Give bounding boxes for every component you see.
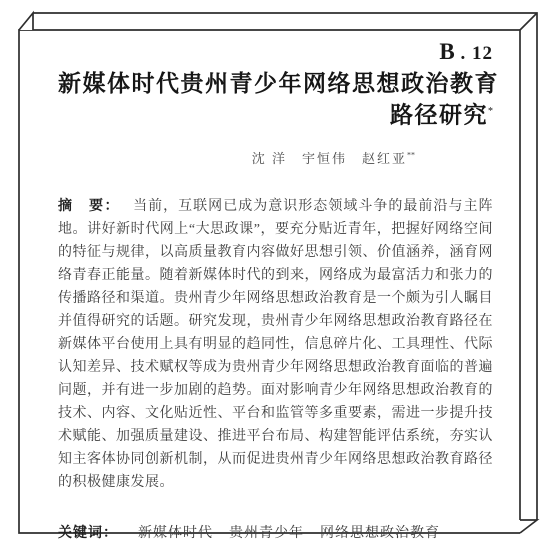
abstract-text: 当前，互联网已成为意识形态领域斗争的最前沿与主阵地。讲好新时代网上“大思政课”，… [58,199,493,490]
author-names: 沈 洋 宇恒伟 赵红亚 [252,151,407,166]
authors-line: 沈 洋 宇恒伟 赵红亚** [58,148,493,167]
scanned-report-page: B . 12 新媒体时代贵州青少年网络思想政治教育 路径研究* 沈 洋 宇恒伟 … [0,0,553,551]
report-title: 新媒体时代贵州青少年网络思想政治教育 路径研究* [58,70,493,130]
authors-footnote-marker: ** [407,150,415,159]
keywords-label: 关键词： [58,524,118,540]
keyword-item: 新媒体时代 [138,526,213,541]
abstract-label: 摘 要： [58,197,120,213]
top-left-corner-fold [19,13,33,30]
report-sheet: B . 12 新媒体时代贵州青少年网络思想政治教育 路径研究* 沈 洋 宇恒伟 … [19,30,520,533]
serial-rest: . 12 [455,43,493,64]
keyword-item: 网络思想政治教育 [320,526,440,541]
title-footnote-marker: * [488,106,493,117]
abstract-paragraph: 摘 要：当前，互联网已成为意识形态领域斗争的最前沿与主阵地。讲好新时代网上“大思… [58,194,493,494]
keywords-line: 关键词：新媒体时代贵州青少年网络思想政治教育 [58,522,493,542]
title-line-2: 路径研究* [58,98,493,130]
report-serial-number: B . 12 [58,41,493,66]
title-line-1: 新媒体时代贵州青少年网络思想政治教育 [58,70,493,98]
top-right-corner-edge [520,13,537,30]
keyword-item: 贵州青少年 [229,526,304,541]
bottom-right-corner-fold [520,520,537,533]
serial-letter: B [439,39,454,64]
